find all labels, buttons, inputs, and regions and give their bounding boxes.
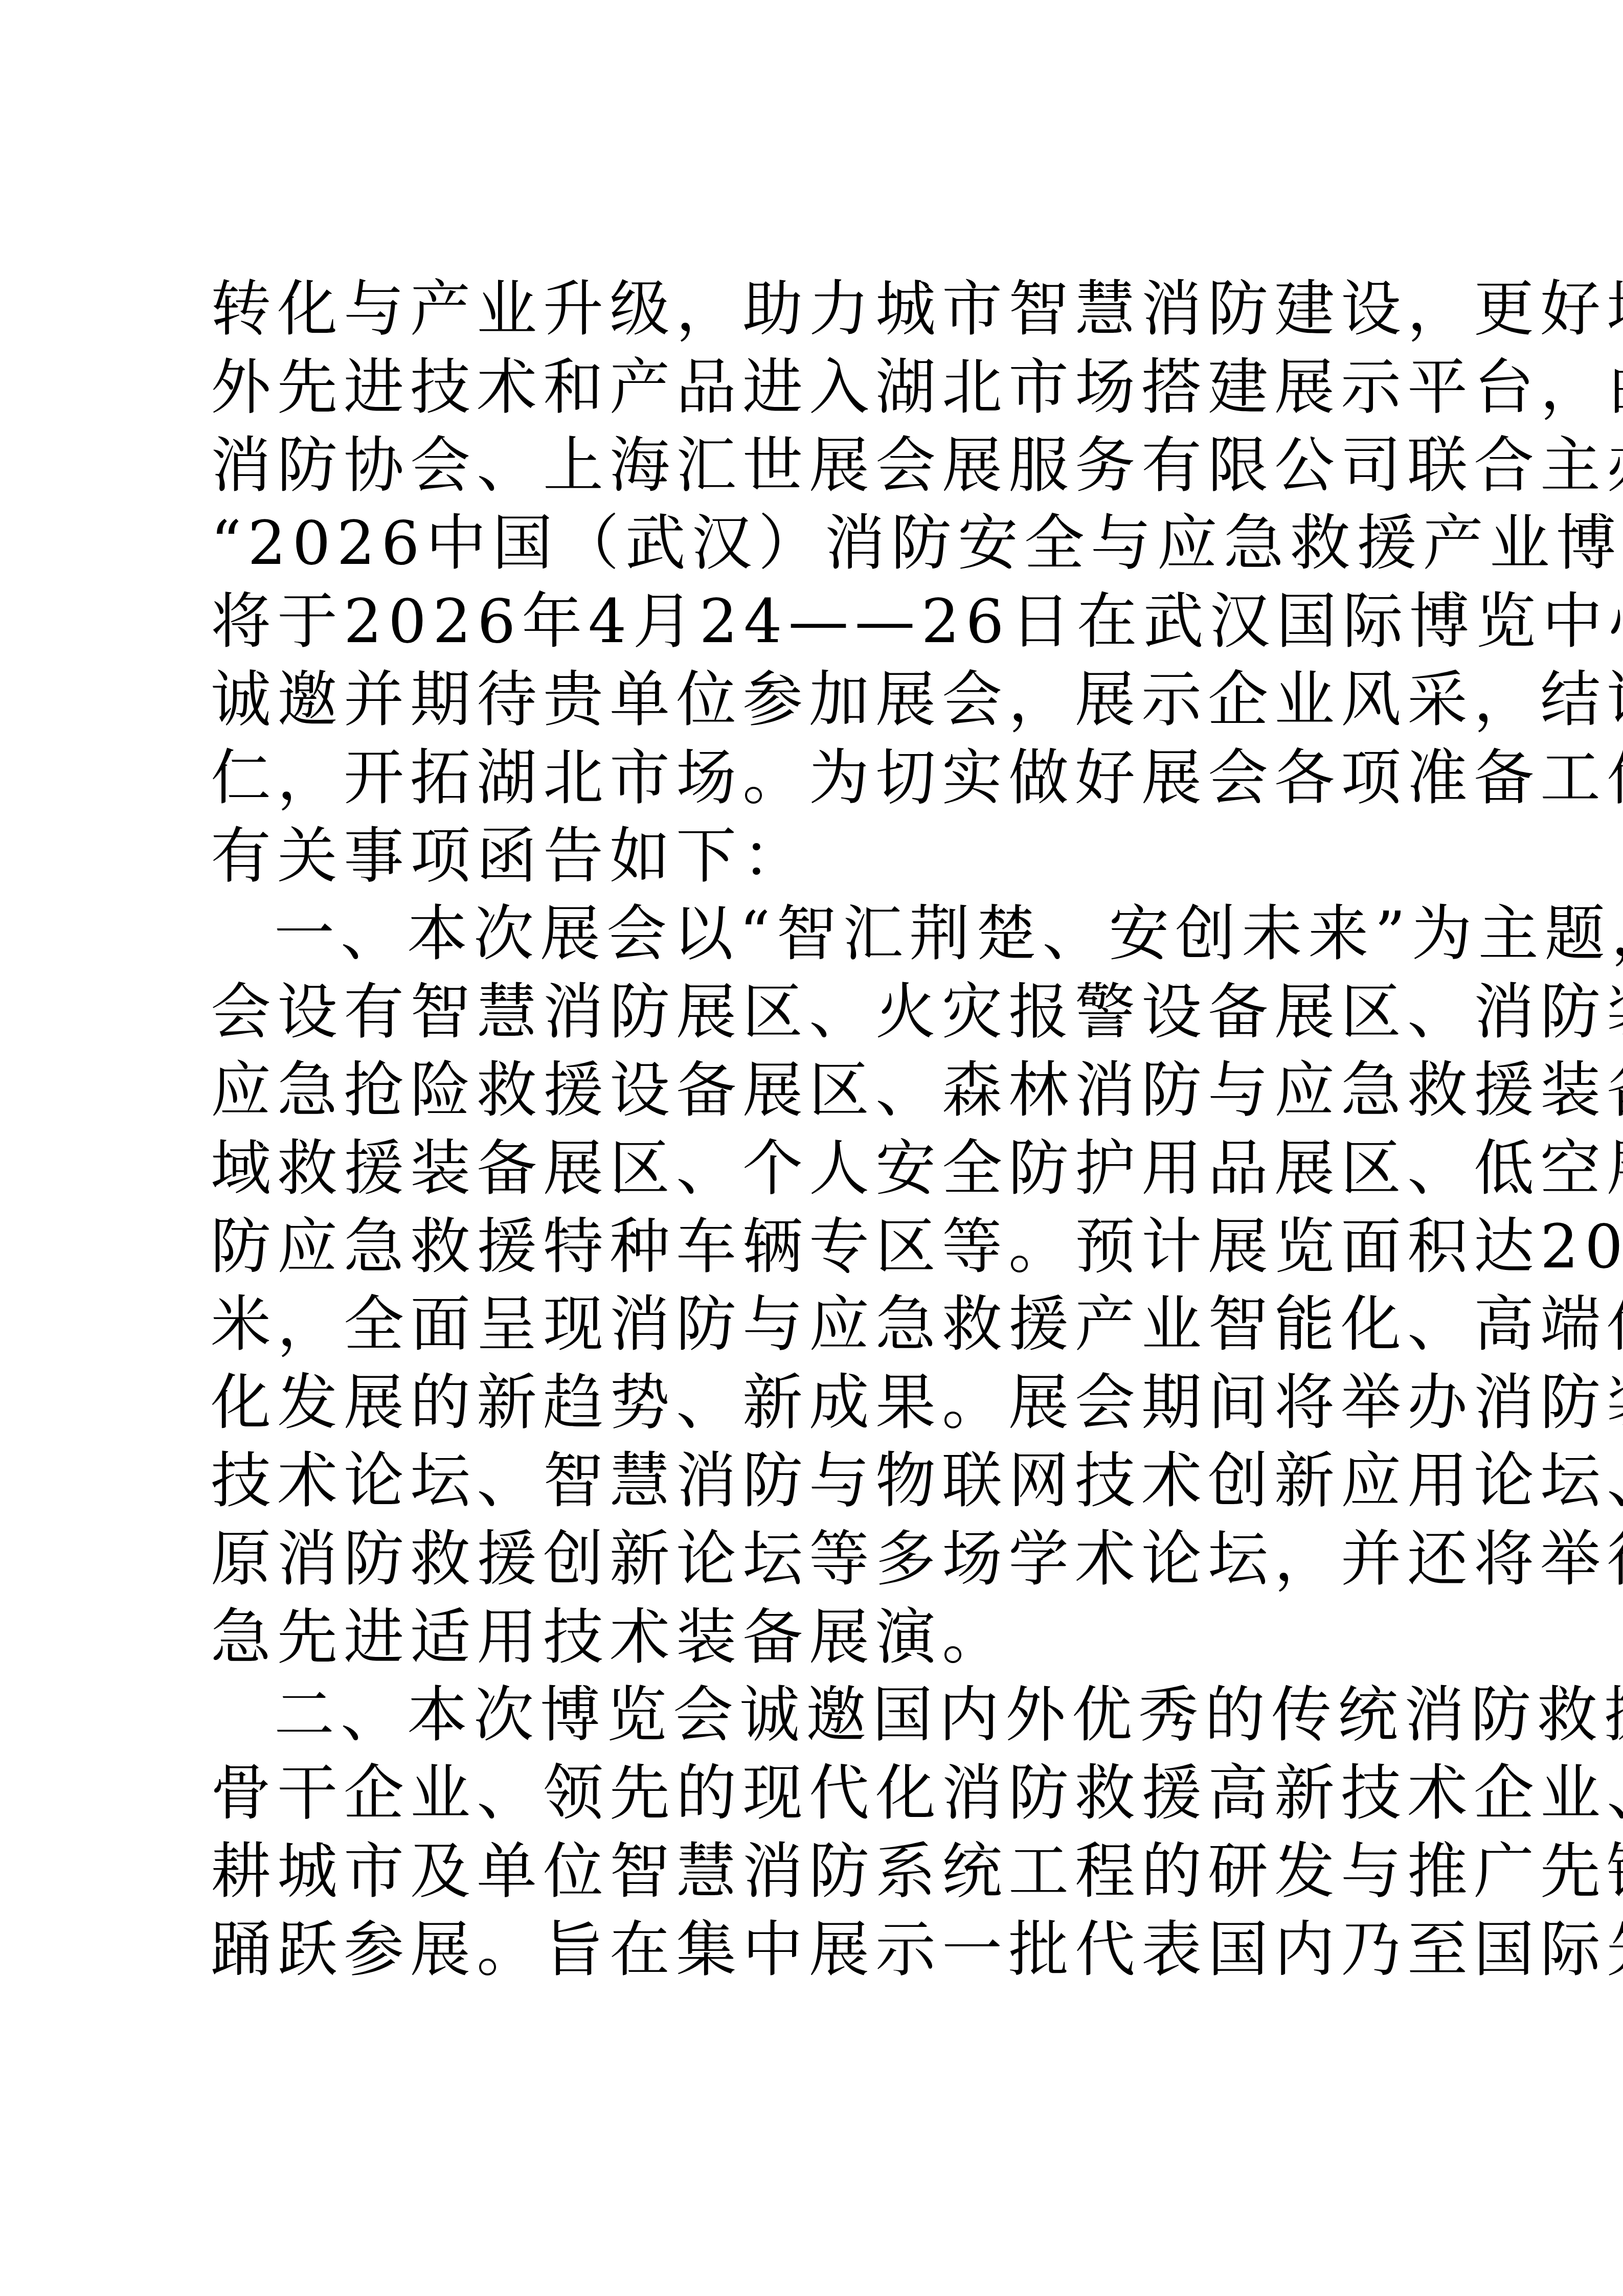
text-line: 转化与产业升级，助力城市智慧消防建设，更好地为国内 (211, 270, 1413, 348)
text-line: 一、本次展会以“智汇荆楚、安创未来”为主题，展 (211, 895, 1413, 973)
text-line: 二、本次博览会诚邀国内外优秀的传统消防救援产品 (211, 1676, 1413, 1754)
paragraph-item-1: 一、本次展会以“智汇荆楚、安创未来”为主题，展 会设有智慧消防展区、火灾报警设备… (211, 895, 1413, 1676)
text-line: 踊跃参展。旨在集中展示一批代表国内乃至国际先进水平 (211, 1911, 1413, 1989)
text-line: 仁，开拓湖北市场。为切实做好展会各项准备工作，现就 (211, 739, 1413, 817)
text-line: 急先进适用技术装备展演。 (211, 1598, 1413, 1676)
text-line: 米，全面呈现消防与应急救援产业智能化、高端化、绿色 (211, 1285, 1413, 1363)
text-line: 原消防救援创新论坛等多场学术论坛，并还将举行消防应 (211, 1520, 1413, 1598)
paragraph-intro: 转化与产业升级，助力城市智慧消防建设，更好地为国内 外先进技术和产品进入湖北市场… (211, 270, 1413, 895)
text-line: 骨干企业、领先的现代化消防救援高新技术企业、以及深 (211, 1754, 1413, 1832)
text-line: 技术论坛、智慧消防与物联网技术创新应用论坛、森林草 (211, 1442, 1413, 1520)
text-line: 会设有智慧消防展区、火灾报警设备展区、消防装备展区、 (211, 973, 1413, 1051)
body-text: 转化与产业升级，助力城市智慧消防建设，更好地为国内 外先进技术和产品进入湖北市场… (211, 270, 1413, 1989)
text-line: 外先进技术和产品进入湖北市场搭建展示平台，由湖北省 (211, 348, 1413, 426)
text-line: 应急抢险救援设备展区、森林消防与应急救援装备区、水 (211, 1051, 1413, 1129)
text-line: 将于2026年4月24——26日在武汉国际博览中心举办。 (211, 582, 1413, 661)
document-page: 转化与产业升级，助力城市智慧消防建设，更好地为国内 外先进技术和产品进入湖北市场… (0, 0, 1623, 2296)
text-line: 防应急救援特种车辆专区等。预计展览面积达20000平方 (211, 1208, 1413, 1286)
text-line: “2026中国（武汉）消防安全与应急救援产业博览会”， (211, 504, 1413, 582)
text-line: 化发展的新趋势、新成果。展会期间将举办消防装备发展 (211, 1363, 1413, 1442)
text-line: 诚邀并期待贵单位参加展会，展示企业风采，结识事业同 (211, 661, 1413, 739)
text-line: 耕城市及单位智慧消防系统工程的研发与推广先锋企业 (211, 1832, 1413, 1911)
text-line: 域救援装备展区、个人安全防护用品展区、低空展区、消 (211, 1129, 1413, 1208)
paragraph-item-2: 二、本次博览会诚邀国内外优秀的传统消防救援产品 骨干企业、领先的现代化消防救援高… (211, 1676, 1413, 1988)
text-line: 消防协会、上海汇世展会展服务有限公司联合主办的 (211, 426, 1413, 505)
text-line: 有关事项函告如下： (211, 817, 1413, 895)
